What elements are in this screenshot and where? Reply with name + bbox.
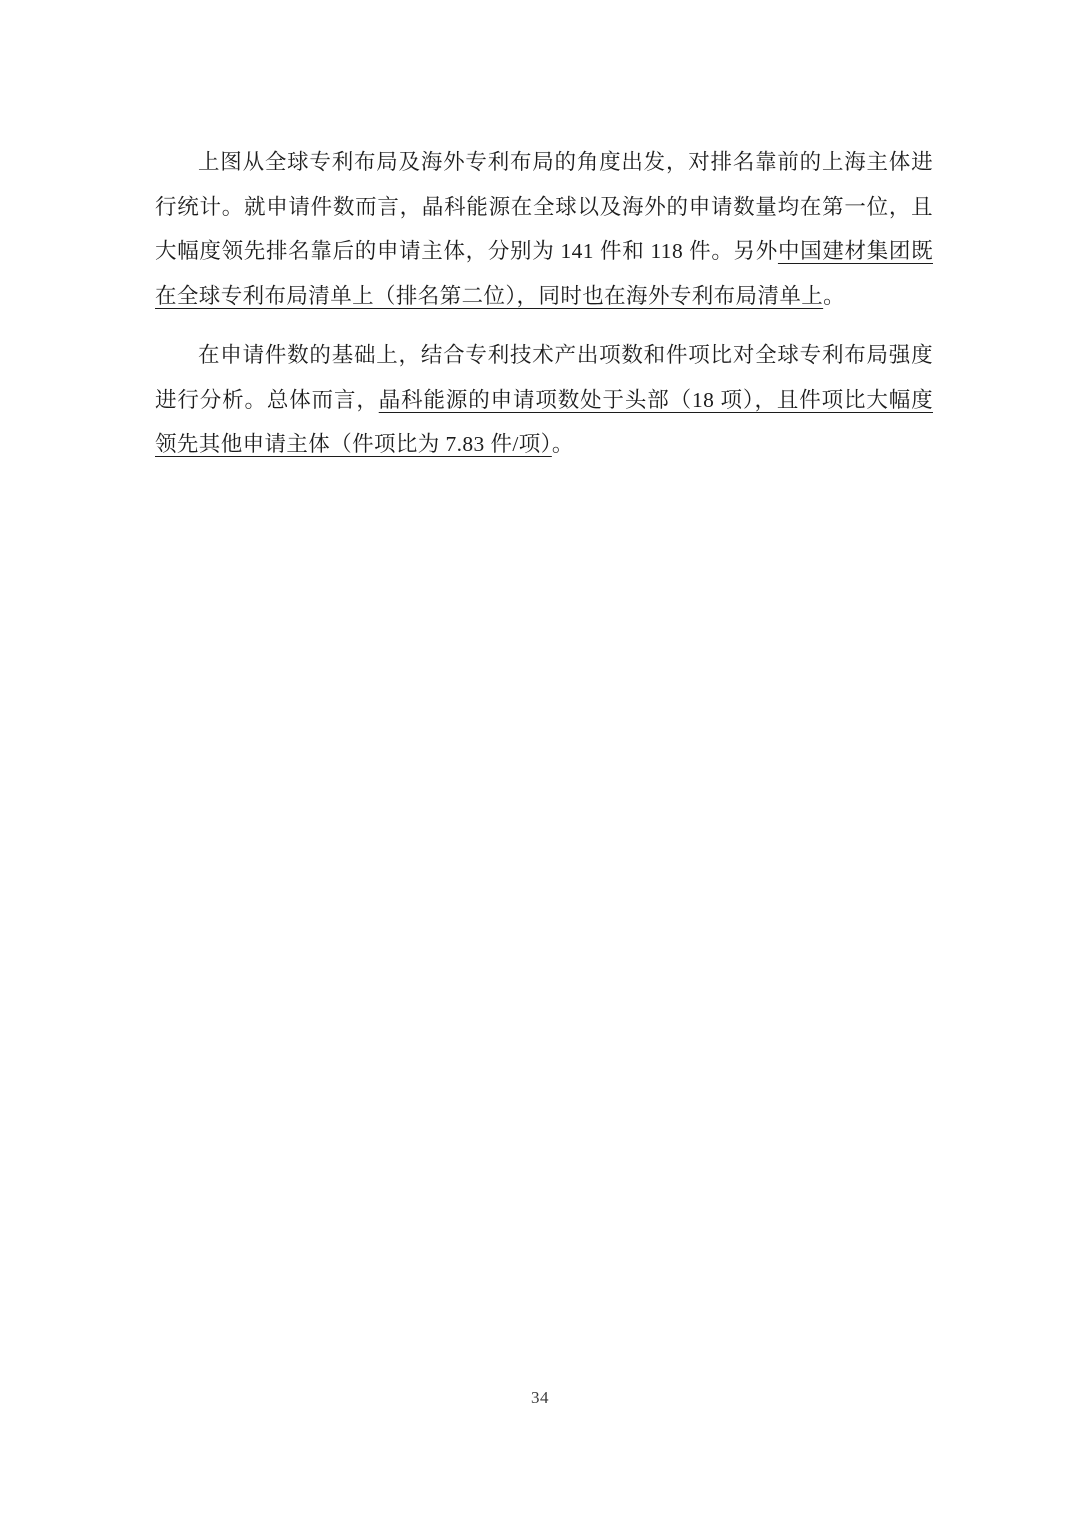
page-number: 34 bbox=[0, 1388, 1080, 1408]
paragraph: 在申请件数的基础上，结合专利技术产出项数和件项比对全球专利布局强度进行分析。总体… bbox=[155, 333, 933, 467]
text-segment: 。 bbox=[823, 284, 845, 308]
paragraph: 上图从全球专利布局及海外专利布局的角度出发，对排名靠前的上海主体进行统计。就申请… bbox=[155, 140, 933, 318]
page-content: 上图从全球专利布局及海外专利布局的角度出发，对排名靠前的上海主体进行统计。就申请… bbox=[155, 140, 933, 482]
text-segment: 。 bbox=[552, 432, 574, 456]
document-page: 上图从全球专利布局及海外专利布局的角度出发，对排名靠前的上海主体进行统计。就申请… bbox=[0, 0, 1080, 1527]
